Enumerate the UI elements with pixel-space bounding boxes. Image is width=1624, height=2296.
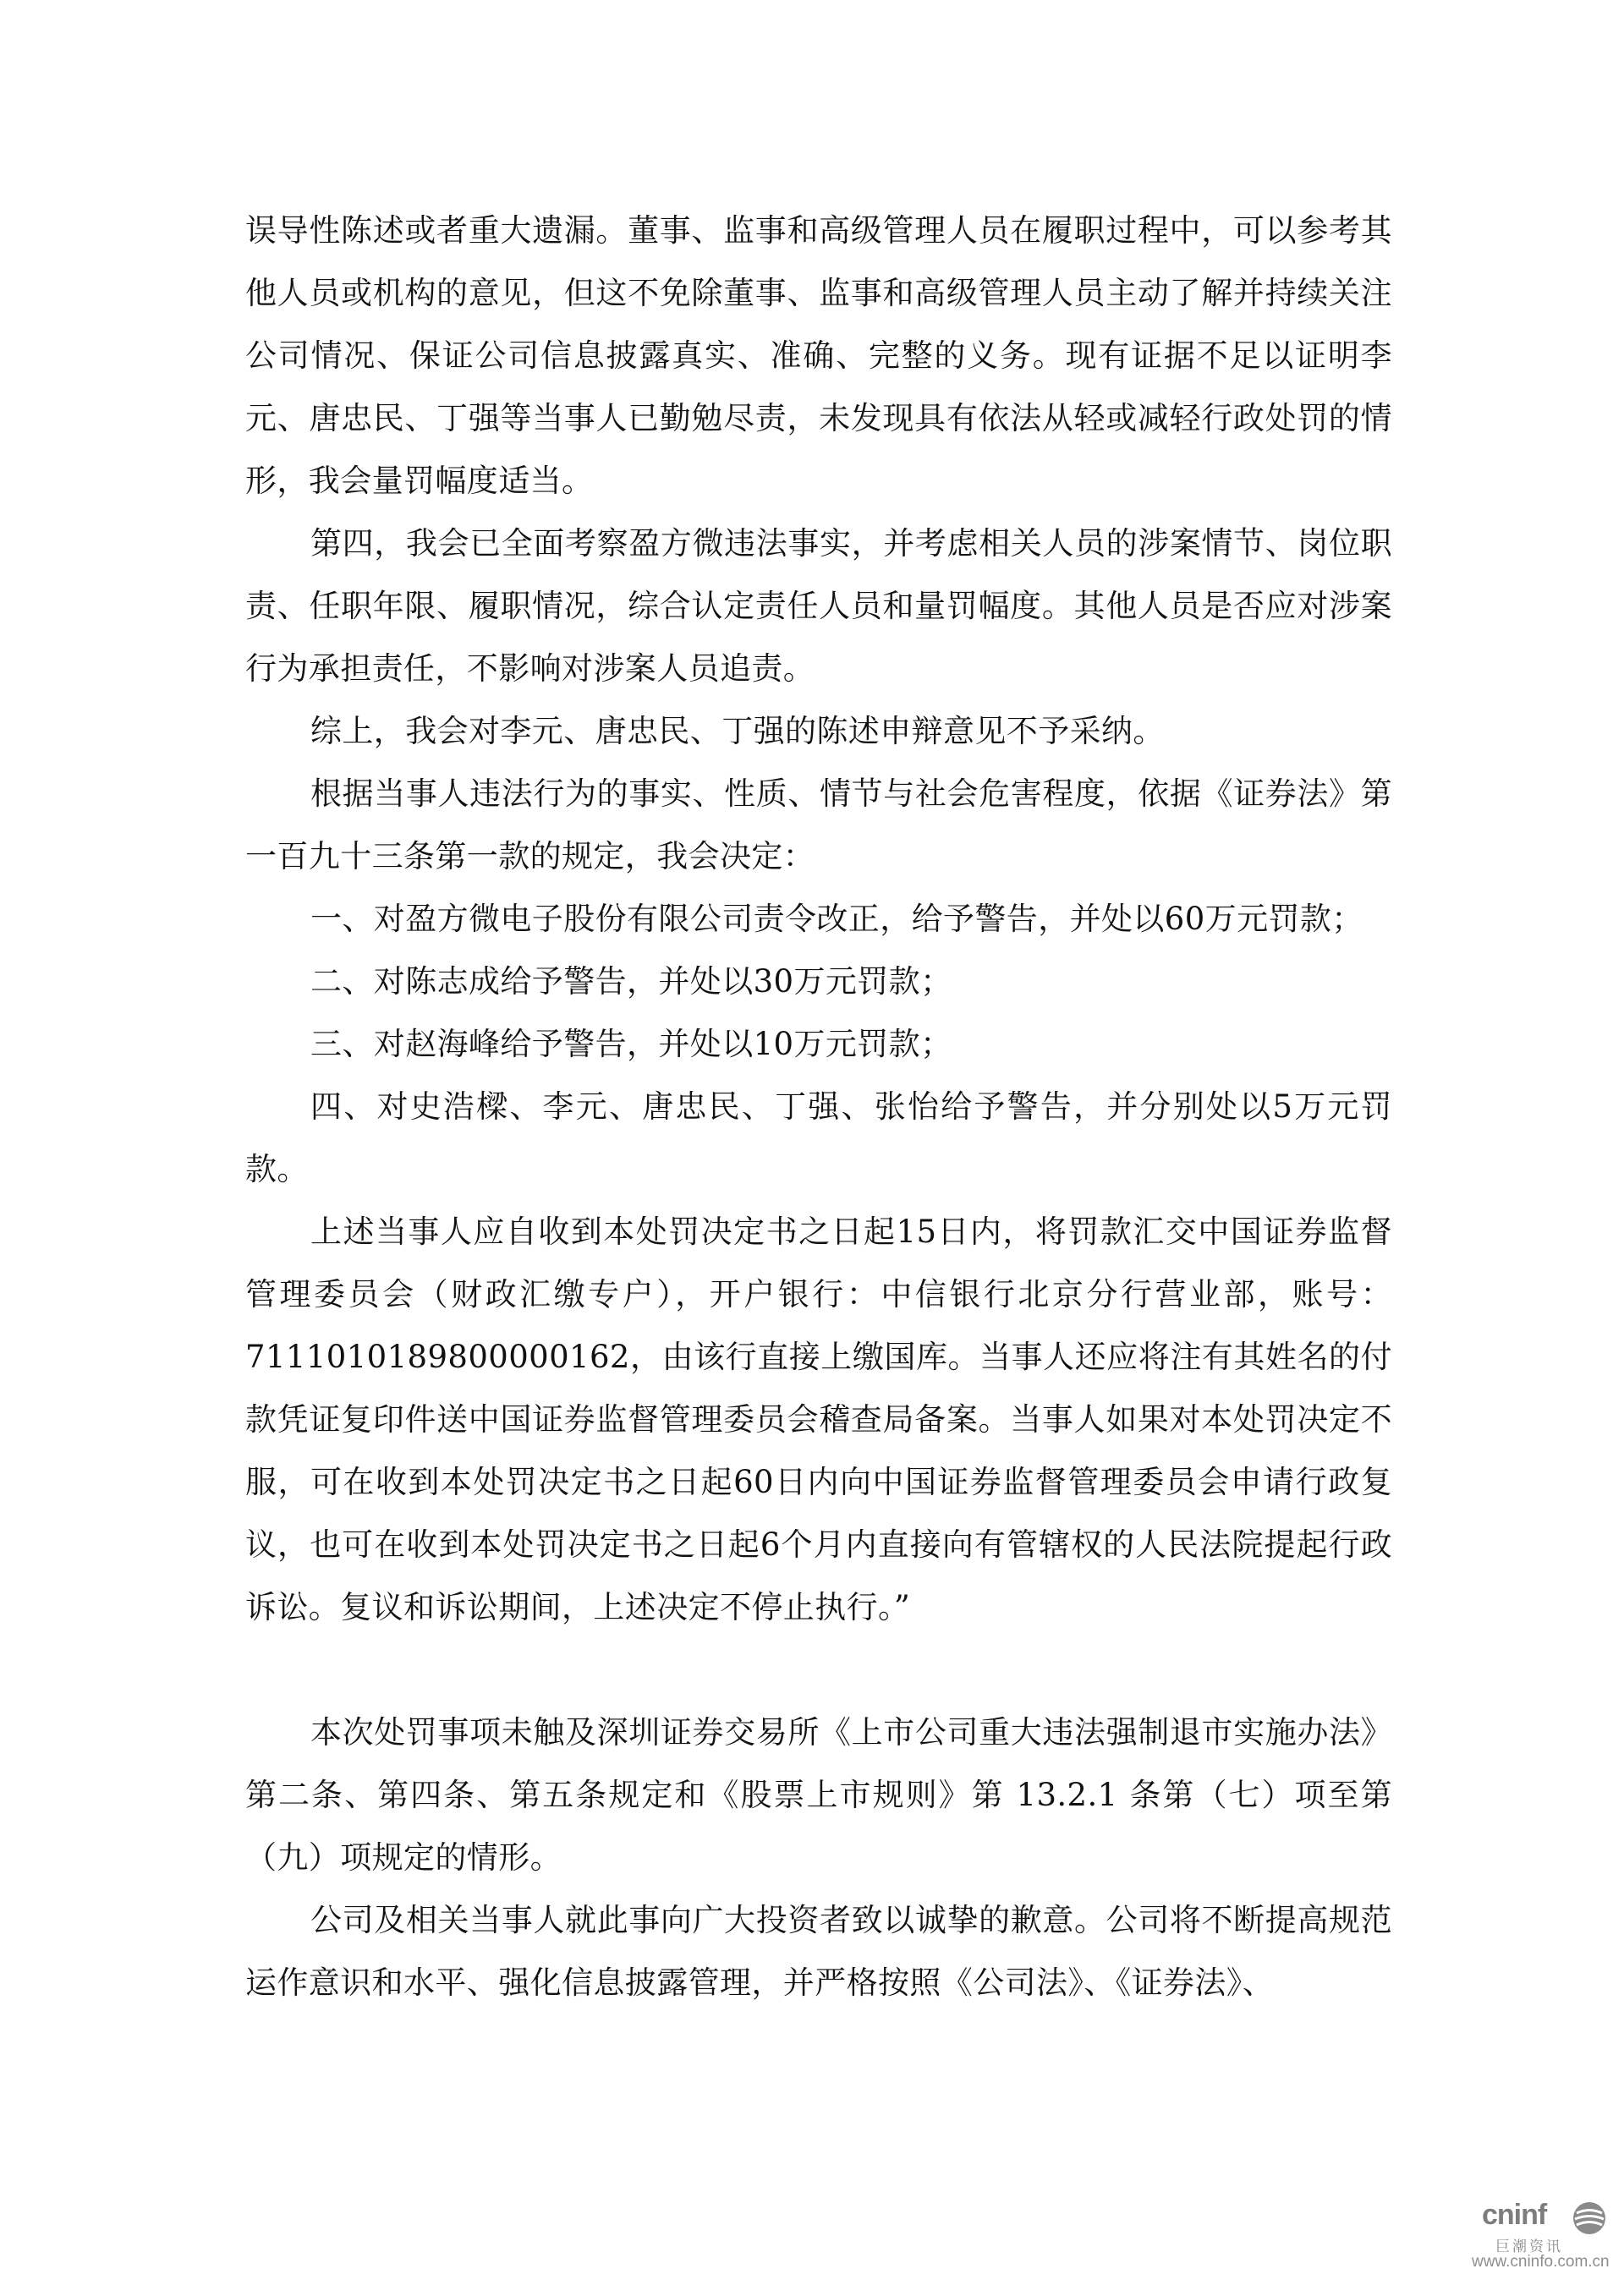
paragraph-apology: 公司及相关当事人就此事向广大投资者致以诚挚的歉意。公司将不断提高规范运作意识和水…: [245, 1889, 1392, 2014]
document-page: 误导性陈述或者重大遗漏。董事、监事和高级管理人员在履职过程中，可以参考其他人员或…: [0, 0, 1624, 2296]
paragraph-delisting-statement: 本次处罚事项未触及深圳证券交易所《上市公司重大违法强制退市实施办法》第二条、第四…: [245, 1701, 1392, 1889]
penalty-item-4: 四、对史浩樑、李元、唐忠民、丁强、张怡给予警告，并分别处以5万元罚款。: [245, 1076, 1392, 1201]
watermark-url: www.cninfo.com.cn: [1472, 2253, 1610, 2271]
paragraph-duty-of-directors: 误导性陈述或者重大遗漏。董事、监事和高级管理人员在履职过程中，可以参考其他人员或…: [245, 200, 1392, 512]
paragraph-payment-instructions: 上述当事人应自收到本处罚决定书之日起15日内，将罚款汇交中国证券监督管理委员会（…: [245, 1201, 1392, 1639]
watermark-brand: cninf: [1482, 2199, 1546, 2232]
document-body: 误导性陈述或者重大遗漏。董事、监事和高级管理人员在履职过程中，可以参考其他人员或…: [245, 200, 1392, 2014]
cninfo-logo-icon: [1572, 2200, 1607, 2236]
cninfo-watermark: cninf 巨潮资讯 www.cninfo.com.cn: [1472, 2199, 1620, 2275]
paragraph-decision-basis: 根据当事人违法行为的事实、性质、情节与社会危害程度，依据《证券法》第一百九十三条…: [245, 763, 1392, 888]
penalty-item-3: 三、对赵海峰给予警告，并处以10万元罚款；: [245, 1013, 1392, 1076]
penalty-item-1: 一、对盈方微电子股份有限公司责令改正，给予警告，并处以60万元罚款；: [245, 888, 1392, 951]
penalty-item-2: 二、对陈志成给予警告，并处以30万元罚款；: [245, 951, 1392, 1013]
paragraph-conclusion: 综上，我会对李元、唐忠民、丁强的陈述申辩意见不予采纳。: [245, 700, 1392, 763]
paragraph-spacer: [245, 1639, 1392, 1701]
paragraph-fourth-point: 第四，我会已全面考察盈方微违法事实，并考虑相关人员的涉案情节、岗位职责、任职年限…: [245, 512, 1392, 700]
